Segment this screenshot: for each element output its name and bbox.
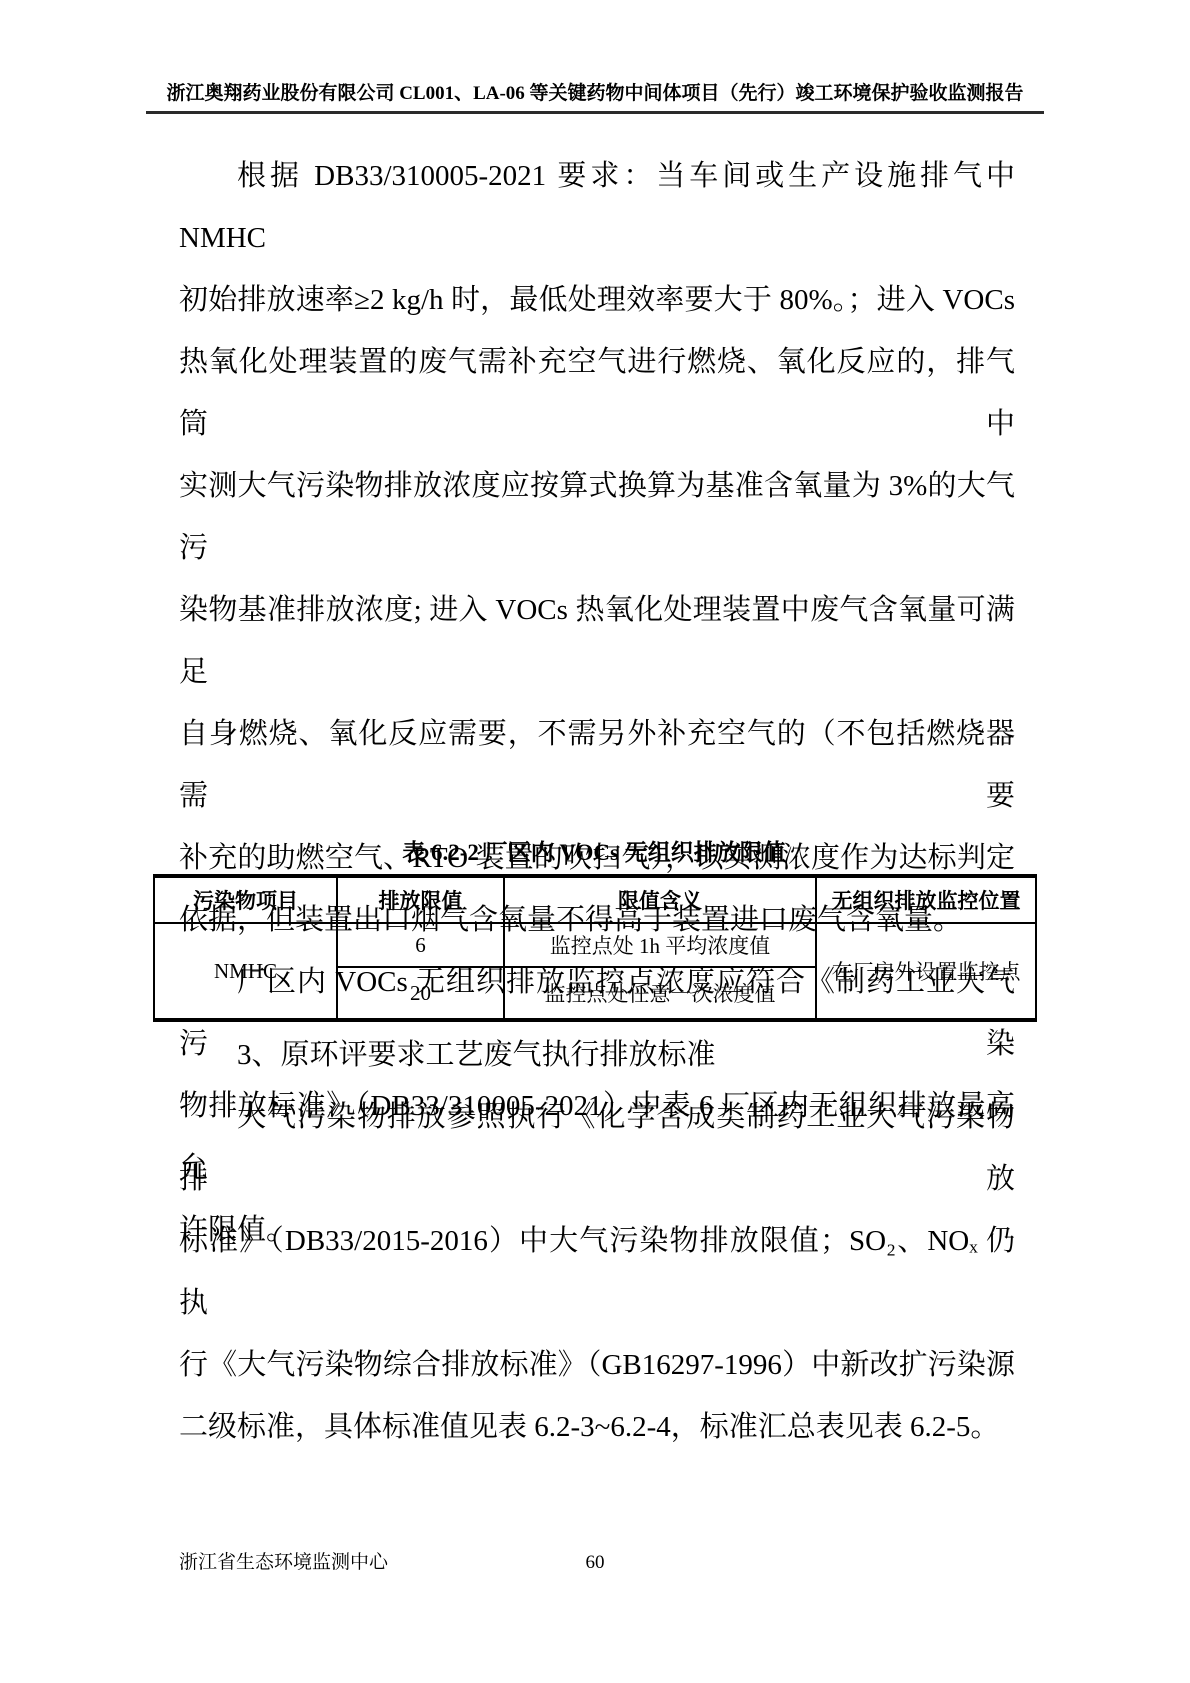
table-row: NMHC 6 监控点处 1h 平均浓度值 在厂房外设置监控点 [154, 923, 1036, 967]
paragraph-line: 根据 DB33/310005-2021 要求：当车间或生产设施排气中 NMHC [179, 145, 1015, 269]
cell-pollutant: NMHC [154, 923, 337, 1020]
cell-limit: 6 [337, 923, 504, 967]
paragraph-line: 大气污染物排放参照执行《化学合成类制药工业大气污染物排放 [179, 1086, 1015, 1210]
paragraph-line: 初始排放速率≥2 kg/h 时，最低处理效率要大于 80%。；进入 VOCs [179, 269, 1015, 331]
column-header-meaning: 限值含义 [504, 876, 816, 923]
section-3: 3、原环评要求工艺废气执行排放标准 大气污染物排放参照执行《化学合成类制药工业大… [179, 1024, 1015, 1458]
paragraph-line: 标准》（DB33/2015-2016）中大气污染物排放限值；SO₂、NOₓ 仍执 [179, 1210, 1015, 1334]
column-header-pollutant: 污染物项目 [154, 876, 337, 923]
table-caption: 表 6.2-2 厂区内 VOCs 无组织排放限值 [153, 838, 1035, 868]
cell-meaning: 监控点处 1h 平均浓度值 [504, 923, 816, 967]
table-header-row: 污染物项目 排放限值 限值含义 无组织排放监控位置 [154, 876, 1036, 923]
column-header-location: 无组织排放监控位置 [816, 876, 1036, 923]
running-header-title: 浙江奥翔药业股份有限公司 CL001、LA-06 等关键药物中间体项目（先行）竣… [166, 83, 1023, 104]
page-number: 60 [0, 1551, 1190, 1575]
paragraph-line: 染物基准排放浓度; 进入 VOCs 热氧化处理装置中废气含氧量可满足 [179, 579, 1015, 703]
paragraph-line: 实测大气污染物排放浓度应按算式换算为基准含氧量为 3%的大气污 [179, 455, 1015, 579]
paragraph-line: 行《大气污染物综合排放标准》（GB16297-1996）中新改扩污染源 [179, 1334, 1015, 1396]
paragraph-line: 二级标准，具体标准值见表 6.2-3~6.2-4，标准汇总表见表 6.2-5。 [179, 1396, 1015, 1458]
cell-meaning: 监控点处任意一次浓度值 [504, 967, 816, 1020]
paragraph-line: 自身燃烧、氧化反应需要，不需另外补充空气的（不包括燃烧器需要 [179, 703, 1015, 827]
paragraph-line: 热氧化处理装置的废气需补充空气进行燃烧、氧化反应的，排气筒中 [179, 331, 1015, 455]
running-header: 浙江奥翔药业股份有限公司 CL001、LA-06 等关键药物中间体项目（先行）竣… [146, 82, 1044, 114]
column-header-limit: 排放限值 [337, 876, 504, 923]
section-heading: 3、原环评要求工艺废气执行排放标准 [179, 1024, 1015, 1086]
emission-limit-table: 污染物项目 排放限值 限值含义 无组织排放监控位置 NMHC 6 监控点处 1h… [153, 874, 1037, 1022]
cell-location: 在厂房外设置监控点 [816, 923, 1036, 1020]
document-page: 浙江奥翔药业股份有限公司 CL001、LA-06 等关键药物中间体项目（先行）竣… [0, 0, 1190, 1683]
cell-limit: 20 [337, 967, 504, 1020]
